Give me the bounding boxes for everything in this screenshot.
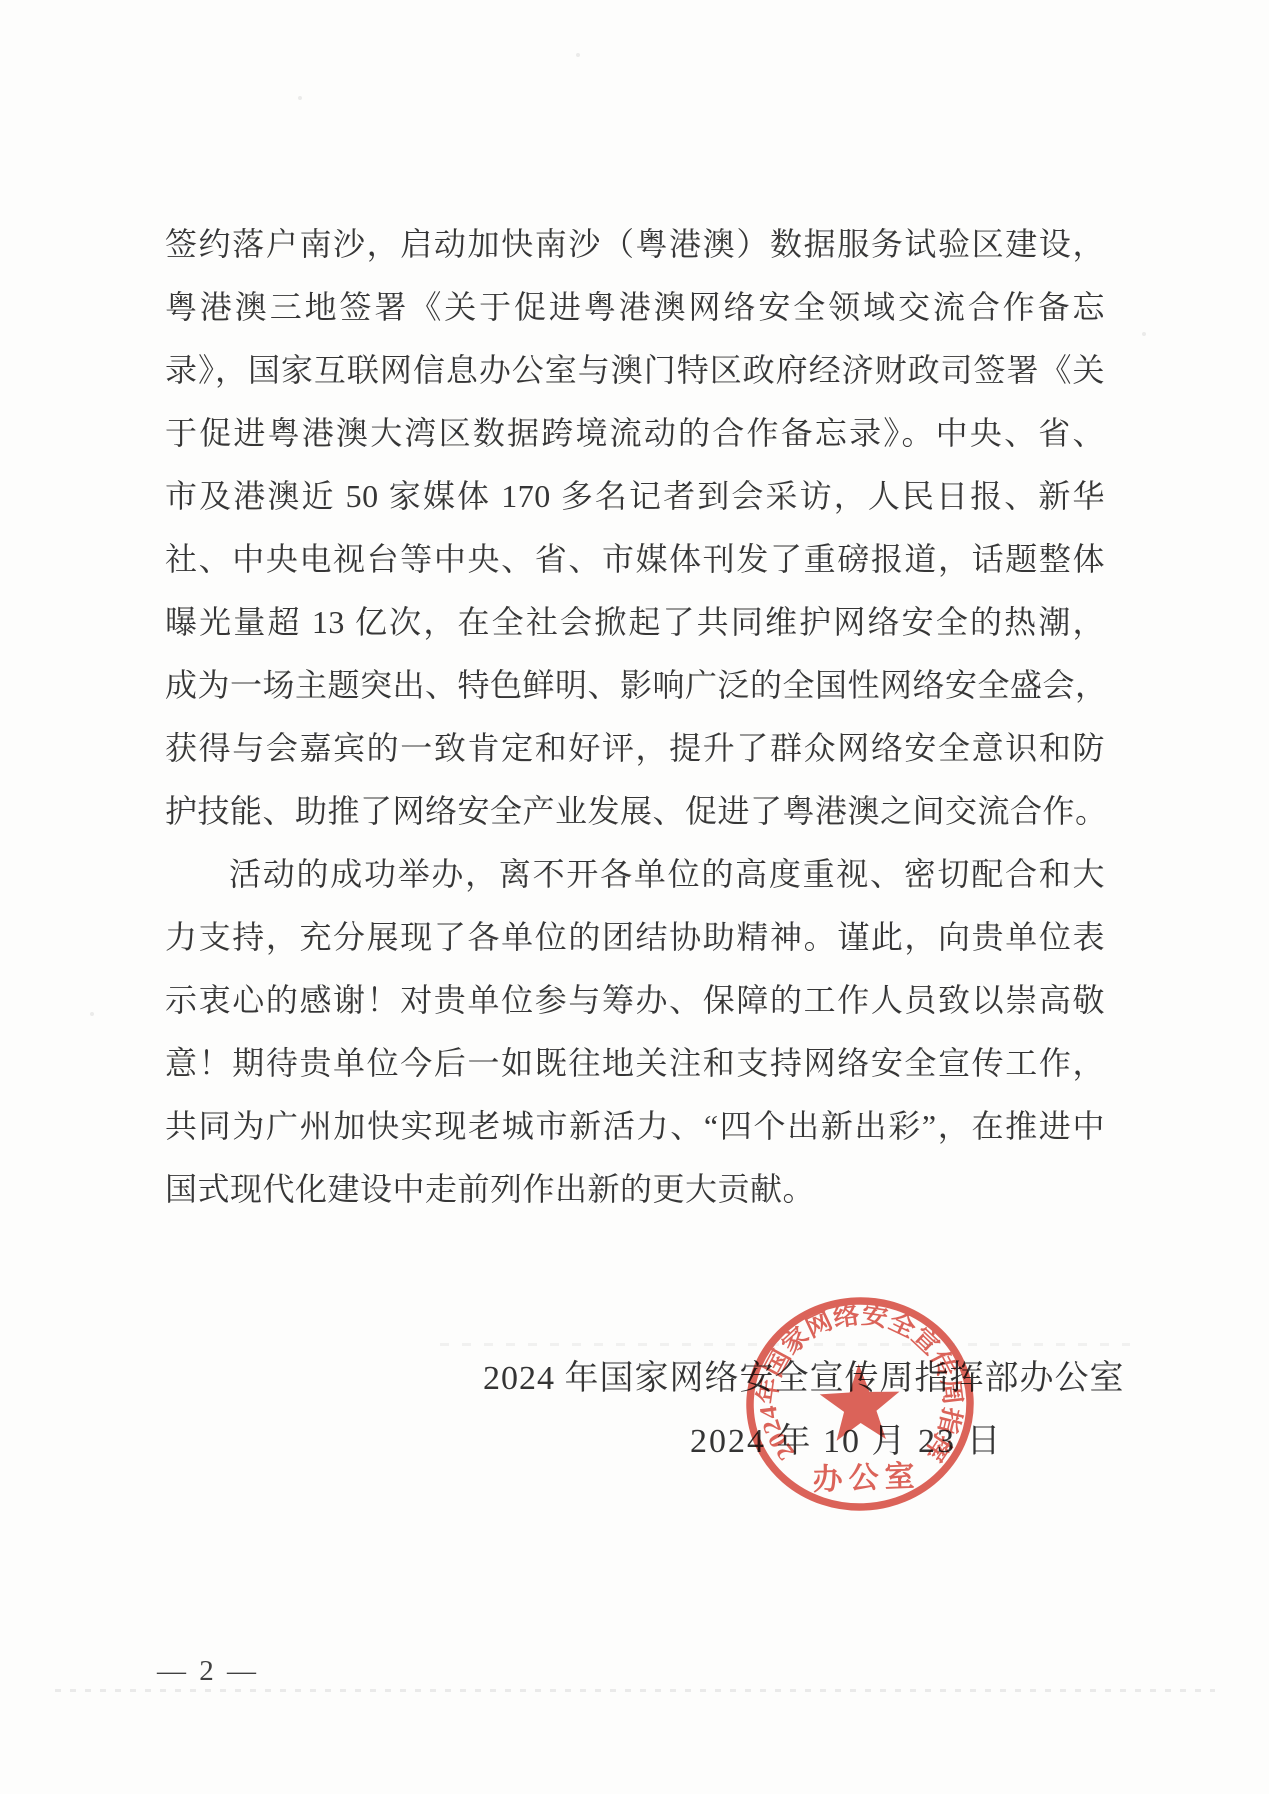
body-line: 共同为广州加快实现老城市新活力、“四个出新出彩”，在推进中 (165, 1095, 1105, 1158)
scan-speck (90, 1012, 94, 1016)
body-line-paragraph-end: 国式现代化建设中走前列作出新的更大贡献。 (165, 1158, 1105, 1221)
body-line: 意！期待贵单位今后一如既往地关注和支持网络安全宣传工作， (165, 1032, 1105, 1095)
scan-artifact-line (55, 1689, 1215, 1692)
official-seal: 2024年国家网络安全宣传周指挥部 办公室 (738, 1289, 982, 1519)
body-line: 粤港澳三地签署《关于促进粤港澳网络安全领域交流合作备忘 (165, 276, 1105, 339)
document-page: 签约落户南沙，启动加快南沙（粤港澳）数据服务试验区建设， 粤港澳三地签署《关于促… (0, 0, 1269, 1794)
body-line: 成为一场主题突出、特色鲜明、影响广泛的全国性网络安全盛会， (165, 654, 1105, 717)
scan-speck (298, 96, 302, 100)
body-line: 签约落户南沙，启动加快南沙（粤港澳）数据服务试验区建设， (165, 213, 1105, 276)
body-line: 示衷心的感谢！对贵单位参与筹办、保障的工作人员致以崇高敬 (165, 969, 1105, 1032)
seal-bottom-text: 办公室 (812, 1460, 921, 1497)
body-line: 录》，国家互联网信息办公室与澳门特区政府经济财政司签署《关 (165, 339, 1105, 402)
seal-star-icon (819, 1363, 901, 1442)
body-line: 曝光量超 13 亿次，在全社会掀起了共同维护网络安全的热潮， (165, 591, 1105, 654)
body-line: 获得与会嘉宾的一致肯定和好评，提升了群众网络安全意识和防 (165, 717, 1105, 780)
page-number: — 2 — (157, 1655, 259, 1688)
body-text: 签约落户南沙，启动加快南沙（粤港澳）数据服务试验区建设， 粤港澳三地签署《关于促… (165, 213, 1105, 1221)
body-line: 市及港澳近 50 家媒体 170 多名记者到会采访，人民日报、新华 (165, 465, 1105, 528)
body-line: 社、中央电视台等中央、省、市媒体刊发了重磅报道，话题整体 (165, 528, 1105, 591)
scan-speck (1142, 332, 1146, 336)
body-line-paragraph-start: 活动的成功举办，离不开各单位的高度重视、密切配合和大 (165, 843, 1105, 906)
body-line: 力支持，充分展现了各单位的团结协助精神。谨此，向贵单位表 (165, 906, 1105, 969)
body-line: 护技能、助推了网络安全产业发展、促进了粤港澳之间交流合作。 (165, 780, 1105, 843)
body-line: 于促进粤港澳大湾区数据跨境流动的合作备忘录》。中央、省、 (165, 402, 1105, 465)
scan-speck (576, 53, 580, 57)
